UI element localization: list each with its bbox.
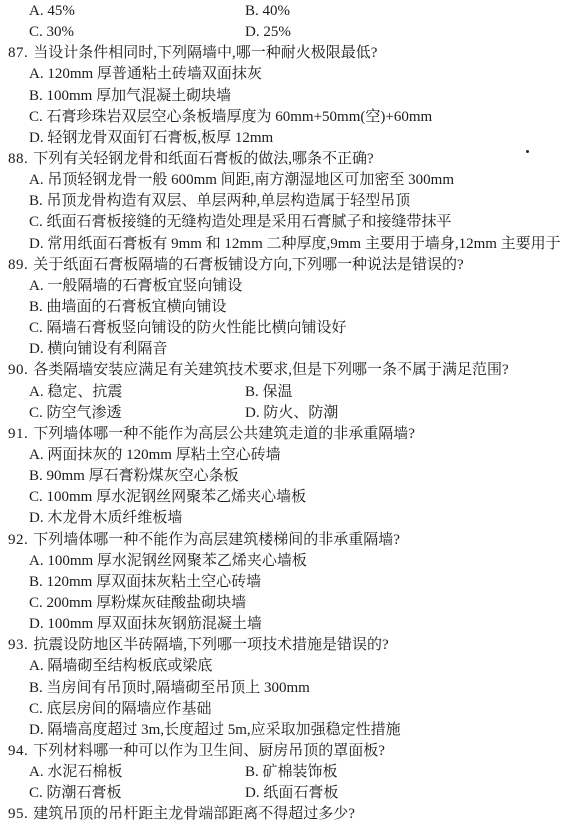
option-row: D. 木龙骨木质纤维板墙 — [0, 508, 562, 529]
option-text: A. 一般隔墙的石膏板宜竖向铺设 — [29, 278, 242, 294]
option-text: C. 防空气渗透 — [29, 403, 245, 424]
question-row: 95.建筑吊顶的吊杆距主龙骨端部距离不得超过多少? — [0, 804, 562, 825]
question-number: 88. — [8, 149, 28, 170]
option-text: A. 隔墙砌至结构板底或梁底 — [29, 658, 212, 674]
option-row: C. 纸面石膏板接缝的无缝构造处理是采用石膏腻子和接缝带抹平 — [0, 212, 562, 233]
option-text: B. 吊顶龙骨构造有双层、单层两种,单层构造属于轻型吊顶 — [29, 193, 410, 209]
option-text: B. 当房间有吊顶时,隔墙砌至吊顶上 300mm — [29, 680, 310, 696]
question-row: 88.下列有关轻钢龙骨和纸面石膏板的做法,哪条不正确? — [0, 149, 562, 170]
option-row: B. 120mm 厚双面抹灰粘土空心砖墙 — [0, 572, 562, 593]
option-text: D. 横向铺设有利隔音 — [29, 341, 167, 357]
option-text: A. 100mm 厚水泥钢丝网聚苯乙烯夹心墙板 — [29, 553, 307, 569]
option-text: B. 90mm 厚石膏粉煤灰空心条板 — [29, 468, 239, 484]
option-row: A. 120mm 厚普通粘土砖墙双面抹灰 — [0, 64, 562, 85]
option-text: A. 120mm 厚普通粘土砖墙双面抹灰 — [29, 66, 262, 82]
option-text: D. 木龙骨木质纤维板墙 — [29, 510, 182, 526]
option-text: B. 100mm 厚加气混凝土砌块墙 — [29, 88, 231, 104]
question-number: 92. — [8, 530, 28, 551]
ink-dot-artifact — [526, 150, 529, 153]
option-text: B. 40% — [245, 1, 290, 22]
option-text: B. 保温 — [245, 382, 293, 403]
option-text: D. 25% — [245, 22, 291, 43]
option-row: B. 曲墙面的石膏板宜横向铺设 — [0, 297, 562, 318]
option-row: C. 100mm 厚水泥钢丝网聚苯乙烯夹心墙板 — [0, 487, 562, 508]
option-text: C. 防潮石膏板 — [29, 783, 245, 804]
option-text: C. 纸面石膏板接缝的无缝构造处理是采用石膏腻子和接缝带抹平 — [29, 214, 452, 230]
option-row: D. 隔墙高度超过 3m,长度超过 5m,应采取加强稳定性措施 — [0, 720, 562, 741]
option-text: B. 矿棉装饰板 — [245, 762, 338, 783]
question-text: 当设计条件相同时,下列隔墙中,哪一种耐火极限最低? — [33, 45, 377, 61]
option-text: D. 防火、防潮 — [245, 403, 338, 424]
option-pair-row: A. 水泥石棉板B. 矿棉装饰板 — [0, 762, 562, 783]
question-text: 下列墙体哪一种不能作为高层公共建筑走道的非承重隔墙? — [33, 426, 415, 442]
option-text: C. 200mm 厚粉煤灰硅酸盐砌块墙 — [29, 595, 246, 611]
question-number: 87. — [8, 43, 28, 64]
option-text: D. 轻钢龙骨双面钉石膏板,板厚 12mm — [29, 130, 273, 146]
option-row: A. 吊顶轻钢龙骨一般 600mm 间距,南方潮湿地区可加密至 300mm — [0, 170, 562, 191]
option-pair-row: C. 30%D. 25% — [0, 22, 562, 43]
option-text: C. 底层房间的隔墙应作基础 — [29, 701, 212, 717]
option-text: A. 稳定、抗震 — [29, 382, 245, 403]
option-row: D. 轻钢龙骨双面钉石膏板,板厚 12mm — [0, 128, 562, 149]
question-text: 关于纸面石膏板隔墙的石膏板铺设方向,下列哪一种说法是错误的? — [33, 257, 463, 273]
option-pair-row: A. 稳定、抗震B. 保温 — [0, 382, 562, 403]
option-row: D. 100mm 厚双面抹灰钢筋混凝土墙 — [0, 614, 562, 635]
question-list: A. 45%B. 40%C. 30%D. 25%87.当设计条件相同时,下列隔墙… — [0, 1, 562, 825]
option-text: A. 水泥石棉板 — [29, 762, 245, 783]
question-number: 94. — [8, 741, 28, 762]
question-text: 下列材料哪一种可以作为卫生间、厨房吊顶的罩面板? — [33, 743, 385, 759]
question-text: 抗震设防地区半砖隔墙,下列哪一项技术措施是错误的? — [33, 637, 388, 653]
option-text: D. 纸面石膏板 — [245, 783, 338, 804]
option-row: C. 石膏珍珠岩双层空心条板墙厚度为 60mm+50mm(空)+60mm — [0, 107, 562, 128]
question-row: 93.抗震设防地区半砖隔墙,下列哪一项技术措施是错误的? — [0, 635, 562, 656]
option-row: C. 200mm 厚粉煤灰硅酸盐砌块墙 — [0, 593, 562, 614]
option-row: C. 底层房间的隔墙应作基础 — [0, 699, 562, 720]
question-text: 各类隔墙安装应满足有关建筑技术要求,但是下列哪一条不属于满足范围? — [33, 362, 508, 378]
option-text: B. 曲墙面的石膏板宜横向铺设 — [29, 299, 227, 315]
question-number: 93. — [8, 635, 28, 656]
option-text: A. 两面抹灰的 120mm 厚粘土空心砖墙 — [29, 447, 281, 463]
option-row: B. 吊顶龙骨构造有双层、单层两种,单层构造属于轻型吊顶 — [0, 191, 562, 212]
question-row: 91.下列墙体哪一种不能作为高层公共建筑走道的非承重隔墙? — [0, 424, 562, 445]
question-row: 89.关于纸面石膏板隔墙的石膏板铺设方向,下列哪一种说法是错误的? — [0, 255, 562, 276]
question-number: 95. — [8, 804, 28, 825]
question-number: 89. — [8, 255, 28, 276]
question-row: 87.当设计条件相同时,下列隔墙中,哪一种耐火极限最低? — [0, 43, 562, 64]
option-text: B. 120mm 厚双面抹灰粘土空心砖墙 — [29, 574, 261, 590]
option-row: B. 100mm 厚加气混凝土砌块墙 — [0, 86, 562, 107]
option-row: B. 90mm 厚石膏粉煤灰空心条板 — [0, 466, 562, 487]
option-pair-row: A. 45%B. 40% — [0, 1, 562, 22]
option-pair-row: C. 防空气渗透D. 防火、防潮 — [0, 403, 562, 424]
option-text: A. 45% — [29, 1, 245, 22]
option-text: D. 100mm 厚双面抹灰钢筋混凝土墙 — [29, 616, 262, 632]
exam-page: A. 45%B. 40%C. 30%D. 25%87.当设计条件相同时,下列隔墙… — [0, 0, 562, 825]
question-text: 建筑吊顶的吊杆距主龙骨端部距离不得超过多少? — [33, 806, 355, 822]
question-number: 90. — [8, 360, 28, 381]
option-pair-row: C. 防潮石膏板D. 纸面石膏板 — [0, 783, 562, 804]
question-text: 下列有关轻钢龙骨和纸面石膏板的做法,哪条不正确? — [33, 151, 373, 167]
option-text: D. 隔墙高度超过 3m,长度超过 5m,应采取加强稳定性措施 — [29, 722, 401, 738]
option-text: C. 隔墙石膏板竖向铺设的防火性能比横向铺设好 — [29, 320, 347, 336]
option-text: D. 常用纸面石膏板有 9mm 和 12mm 二种厚度,9mm 主要用于墙身,1… — [29, 236, 562, 252]
option-row: A. 隔墙砌至结构板底或梁底 — [0, 656, 562, 677]
option-row: B. 当房间有吊顶时,隔墙砌至吊顶上 300mm — [0, 678, 562, 699]
option-row: A. 100mm 厚水泥钢丝网聚苯乙烯夹心墙板 — [0, 551, 562, 572]
question-text: 下列墙体哪一种不能作为高层建筑楼梯间的非承重隔墙? — [33, 532, 400, 548]
option-row: D. 横向铺设有利隔音 — [0, 339, 562, 360]
option-text: C. 30% — [29, 22, 245, 43]
option-row: A. 一般隔墙的石膏板宜竖向铺设 — [0, 276, 562, 297]
question-row: 94.下列材料哪一种可以作为卫生间、厨房吊顶的罩面板? — [0, 741, 562, 762]
option-row: D. 常用纸面石膏板有 9mm 和 12mm 二种厚度,9mm 主要用于墙身,1… — [0, 234, 562, 255]
option-row: C. 隔墙石膏板竖向铺设的防火性能比横向铺设好 — [0, 318, 562, 339]
option-text: C. 石膏珍珠岩双层空心条板墙厚度为 60mm+50mm(空)+60mm — [29, 109, 432, 125]
question-number: 91. — [8, 424, 28, 445]
option-text: A. 吊顶轻钢龙骨一般 600mm 间距,南方潮湿地区可加密至 300mm — [29, 172, 454, 188]
question-row: 90.各类隔墙安装应满足有关建筑技术要求,但是下列哪一条不属于满足范围? — [0, 360, 562, 381]
question-row: 92.下列墙体哪一种不能作为高层建筑楼梯间的非承重隔墙? — [0, 530, 562, 551]
option-row: A. 两面抹灰的 120mm 厚粘土空心砖墙 — [0, 445, 562, 466]
option-text: C. 100mm 厚水泥钢丝网聚苯乙烯夹心墙板 — [29, 489, 306, 505]
